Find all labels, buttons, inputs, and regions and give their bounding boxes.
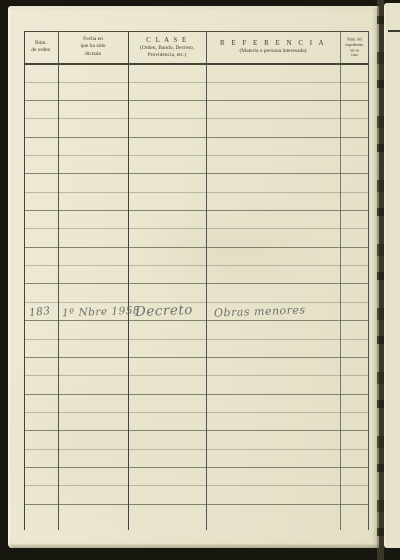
header-line: Núm. del — [347, 37, 362, 42]
column-rule-left-border — [24, 31, 25, 530]
table-row — [24, 211, 370, 229]
column-rule-num-fecha — [58, 31, 59, 530]
table-row — [24, 376, 370, 394]
table-row — [24, 229, 370, 247]
table-row — [24, 62, 370, 83]
table-row — [24, 83, 370, 101]
table-row — [24, 395, 370, 413]
header-line: caso — [351, 52, 358, 57]
header-line: Núm. — [35, 40, 47, 47]
header-title: R E F E R E N C I A — [220, 39, 326, 48]
header-num-orden: Núm. de orden — [24, 32, 59, 63]
ledger-table: Núm. de orden Fecha en que ha sido dicta… — [24, 31, 370, 530]
table-row — [24, 174, 370, 192]
adjacent-page-edge — [384, 3, 400, 548]
table-row — [24, 284, 370, 302]
table-row — [24, 138, 370, 156]
header-line: Fecha en — [83, 36, 103, 43]
table-row — [24, 431, 370, 449]
table-row — [24, 486, 370, 504]
ledger-page: Núm. de orden Fecha en que ha sido dicta… — [8, 6, 379, 548]
header-clase: C L A S E (Orden, Bando, Decreto, Provid… — [128, 32, 206, 63]
column-rule-clase-referencia — [206, 31, 207, 530]
table-row — [24, 266, 370, 284]
table-row — [24, 248, 370, 266]
table-row — [24, 450, 370, 468]
header-line: expediente, — [345, 42, 364, 47]
header-subtitle: (Orden, Bando, Decreto, — [140, 45, 194, 52]
table-row — [24, 156, 370, 174]
header-referencia: R E F E R E N C I A (Materia o persona i… — [206, 32, 340, 63]
table-row — [24, 340, 370, 358]
binding-seam — [377, 0, 384, 560]
table-row — [24, 505, 370, 521]
table-row — [24, 468, 370, 486]
table-row — [24, 193, 370, 211]
column-rule-fecha-clase — [128, 31, 129, 530]
header-line: de orden — [31, 47, 50, 54]
adjacent-page-rule — [388, 30, 400, 32]
column-rule-right-border — [368, 31, 369, 530]
header-num-expediente: Núm. del expediente, en su caso — [341, 33, 367, 61]
table-row — [24, 413, 370, 431]
table-row — [24, 321, 370, 339]
table-row — [24, 303, 370, 321]
header-title: C L A S E — [146, 36, 188, 45]
header-subtitle: (Materia o persona interesada) — [239, 48, 306, 55]
table-row — [24, 358, 370, 376]
table-row — [24, 119, 370, 137]
table-row — [24, 101, 370, 119]
header-line: dictada — [85, 51, 101, 58]
scanned-ledger-photo: Núm. de orden Fecha en que ha sido dicta… — [0, 0, 400, 560]
column-rule-referencia-expediente — [340, 31, 341, 530]
header-subtitle: Providencia, etc.) — [148, 52, 187, 59]
header-fecha: Fecha en que ha sido dictada — [58, 32, 128, 63]
header-line: en su — [350, 47, 358, 52]
table-header-row: Núm. de orden Fecha en que ha sido dicta… — [24, 31, 370, 65]
header-line: que ha sido — [80, 43, 105, 50]
table-body — [24, 62, 370, 521]
